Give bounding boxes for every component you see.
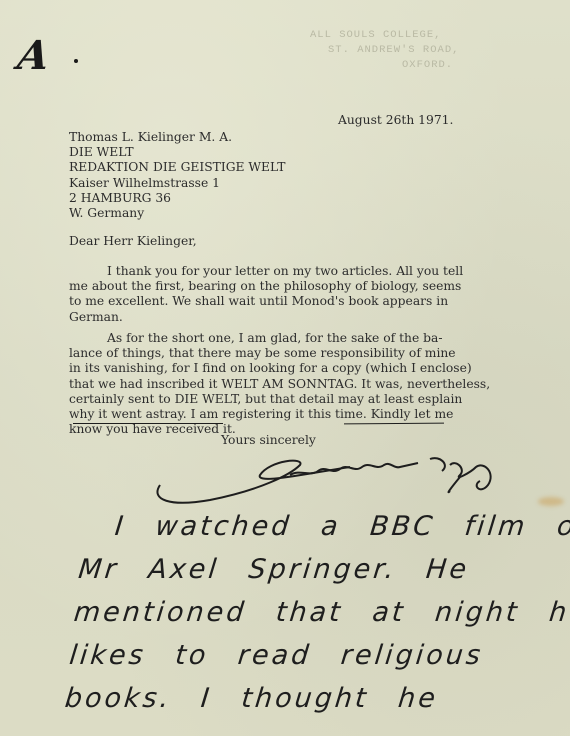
underlined-text: Kindly let me — [371, 407, 454, 421]
address-line: REDAKTION DIE GEISTIGE WELT — [69, 160, 285, 175]
paragraph-line: As for the short one, I am glad, for the… — [69, 331, 490, 346]
paragraph-line: I thank you for your letter on my two ar… — [69, 264, 463, 279]
paragraph-line: certainly sent to DIE WELT, but that det… — [69, 392, 490, 407]
underlined-text: know you have received it. — [69, 422, 236, 436]
letter-page: A ALL SOULS COLLEGE, ST. ANDREW'S ROAD, … — [0, 0, 570, 736]
address-line: Thomas L. Kielinger M. A. — [69, 130, 285, 145]
paragraph-line: in its vanishing, for I find on looking … — [69, 361, 490, 376]
body-paragraph-2: As for the short one, I am glad, for the… — [69, 331, 490, 437]
paragraph-line: why it went astray. I am registering it … — [69, 407, 490, 422]
paragraph-line: me about the first, bearing on the philo… — [69, 279, 463, 294]
annotation-dot — [74, 59, 78, 63]
address-line: 2 HAMBURG 36 — [69, 191, 285, 206]
handwritten-line: I watched a BBC film on — [81, 505, 570, 548]
address-line: DIE WELT — [69, 145, 285, 160]
paragraph-line: German. — [69, 310, 463, 325]
letterhead-line: ST. ANDREW'S ROAD, — [300, 43, 490, 58]
paragraph-text: why it went astray. I am registering it … — [69, 407, 371, 421]
handwritten-line: Mr Axel Springer. He — [76, 548, 570, 591]
paragraph-line: that we had inscribed it WELT AM SONNTAG… — [69, 377, 490, 392]
recipient-address: Thomas L. Kielinger M. A. DIE WELT REDAK… — [69, 130, 285, 221]
handwritten-line: mentioned that at night he — [72, 591, 570, 634]
paragraph-line: lance of things, that there may be some … — [69, 346, 490, 361]
letterhead: ALL SOULS COLLEGE, ST. ANDREW'S ROAD, OX… — [300, 28, 490, 73]
letter-date: August 26th 1971. — [338, 113, 453, 128]
letterhead-line: OXFORD. — [300, 58, 490, 73]
paragraph-line: to me excellent. We shall wait until Mon… — [69, 294, 463, 309]
handwritten-line: books. I thought he — [63, 677, 570, 720]
handdrawn-underline — [73, 423, 223, 424]
handwritten-postscript: I watched a BBC film on Mr Axel Springer… — [63, 505, 570, 720]
handwritten-annotation-mark: A — [15, 36, 52, 76]
salutation: Dear Herr Kielinger, — [69, 234, 197, 249]
body-paragraph-1: I thank you for your letter on my two ar… — [69, 264, 463, 325]
letterhead-line: ALL SOULS COLLEGE, — [300, 28, 490, 43]
handwritten-line: likes to read religious — [67, 634, 570, 677]
address-line: W. Germany — [69, 206, 285, 221]
address-line: Kaiser Wilhelmstrasse 1 — [69, 176, 285, 191]
